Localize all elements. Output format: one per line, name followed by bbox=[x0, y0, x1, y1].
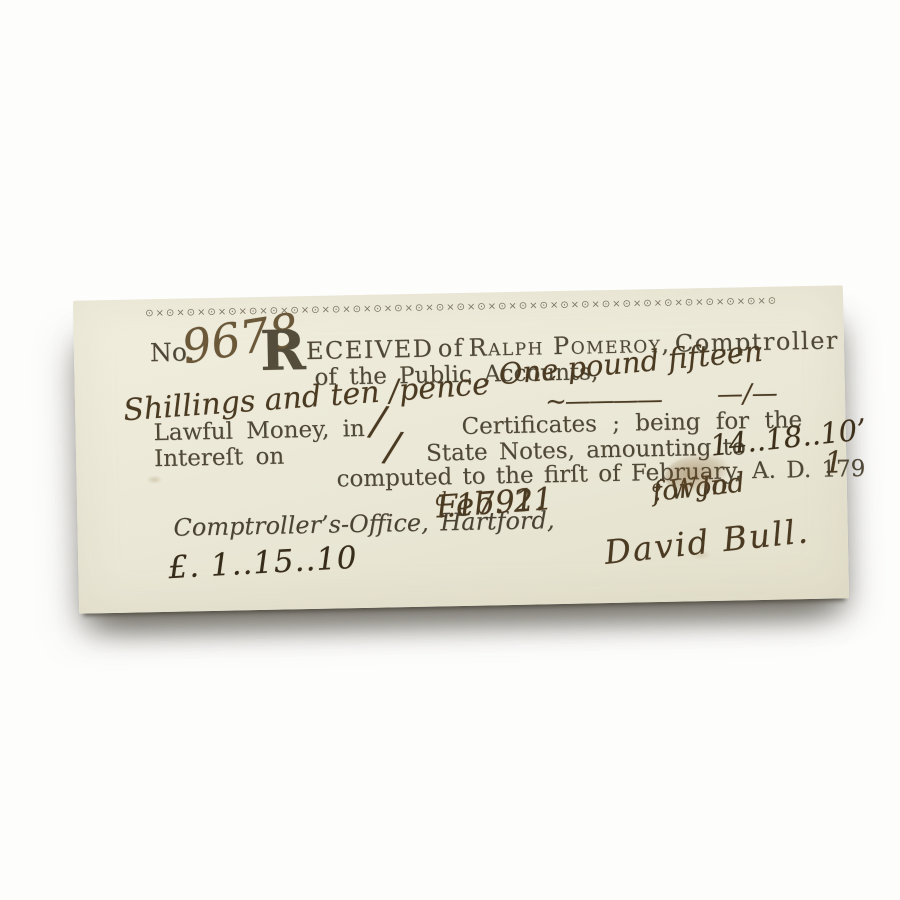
year-digit: 1 bbox=[824, 445, 844, 480]
total-amount: £. 1..15..10 bbox=[167, 540, 358, 586]
interest-on-label: Intereſt on bbox=[154, 445, 285, 473]
received-word: ECEIVED bbox=[306, 336, 434, 365]
dropcap-initial: R bbox=[259, 322, 306, 378]
received-word: of bbox=[438, 335, 465, 362]
paper-stain bbox=[146, 475, 162, 484]
photo-background: ⊙×⊙×⊙×⊙×⊙×⊙×⊙×⊙×⊙×⊙×⊙×⊙×⊙×⊙×⊙×⊙×⊙×⊙×⊙×⊙×… bbox=[0, 0, 900, 900]
ink-flourish: —∕— bbox=[717, 379, 778, 410]
receipt-document: ⊙×⊙×⊙×⊙×⊙×⊙×⊙×⊙×⊙×⊙×⊙×⊙×⊙×⊙×⊙×⊙×⊙×⊙×⊙×⊙×… bbox=[73, 285, 849, 613]
lawful-money-line: Lawful Money, in bbox=[153, 417, 365, 447]
signature: David Bull. bbox=[602, 511, 811, 572]
blank-fill-stroke: ∕ bbox=[370, 398, 387, 445]
blank-fill-stroke: ∕ bbox=[384, 424, 401, 471]
computed-date-line: computed to the firſt of February, A. D.… bbox=[336, 457, 865, 493]
